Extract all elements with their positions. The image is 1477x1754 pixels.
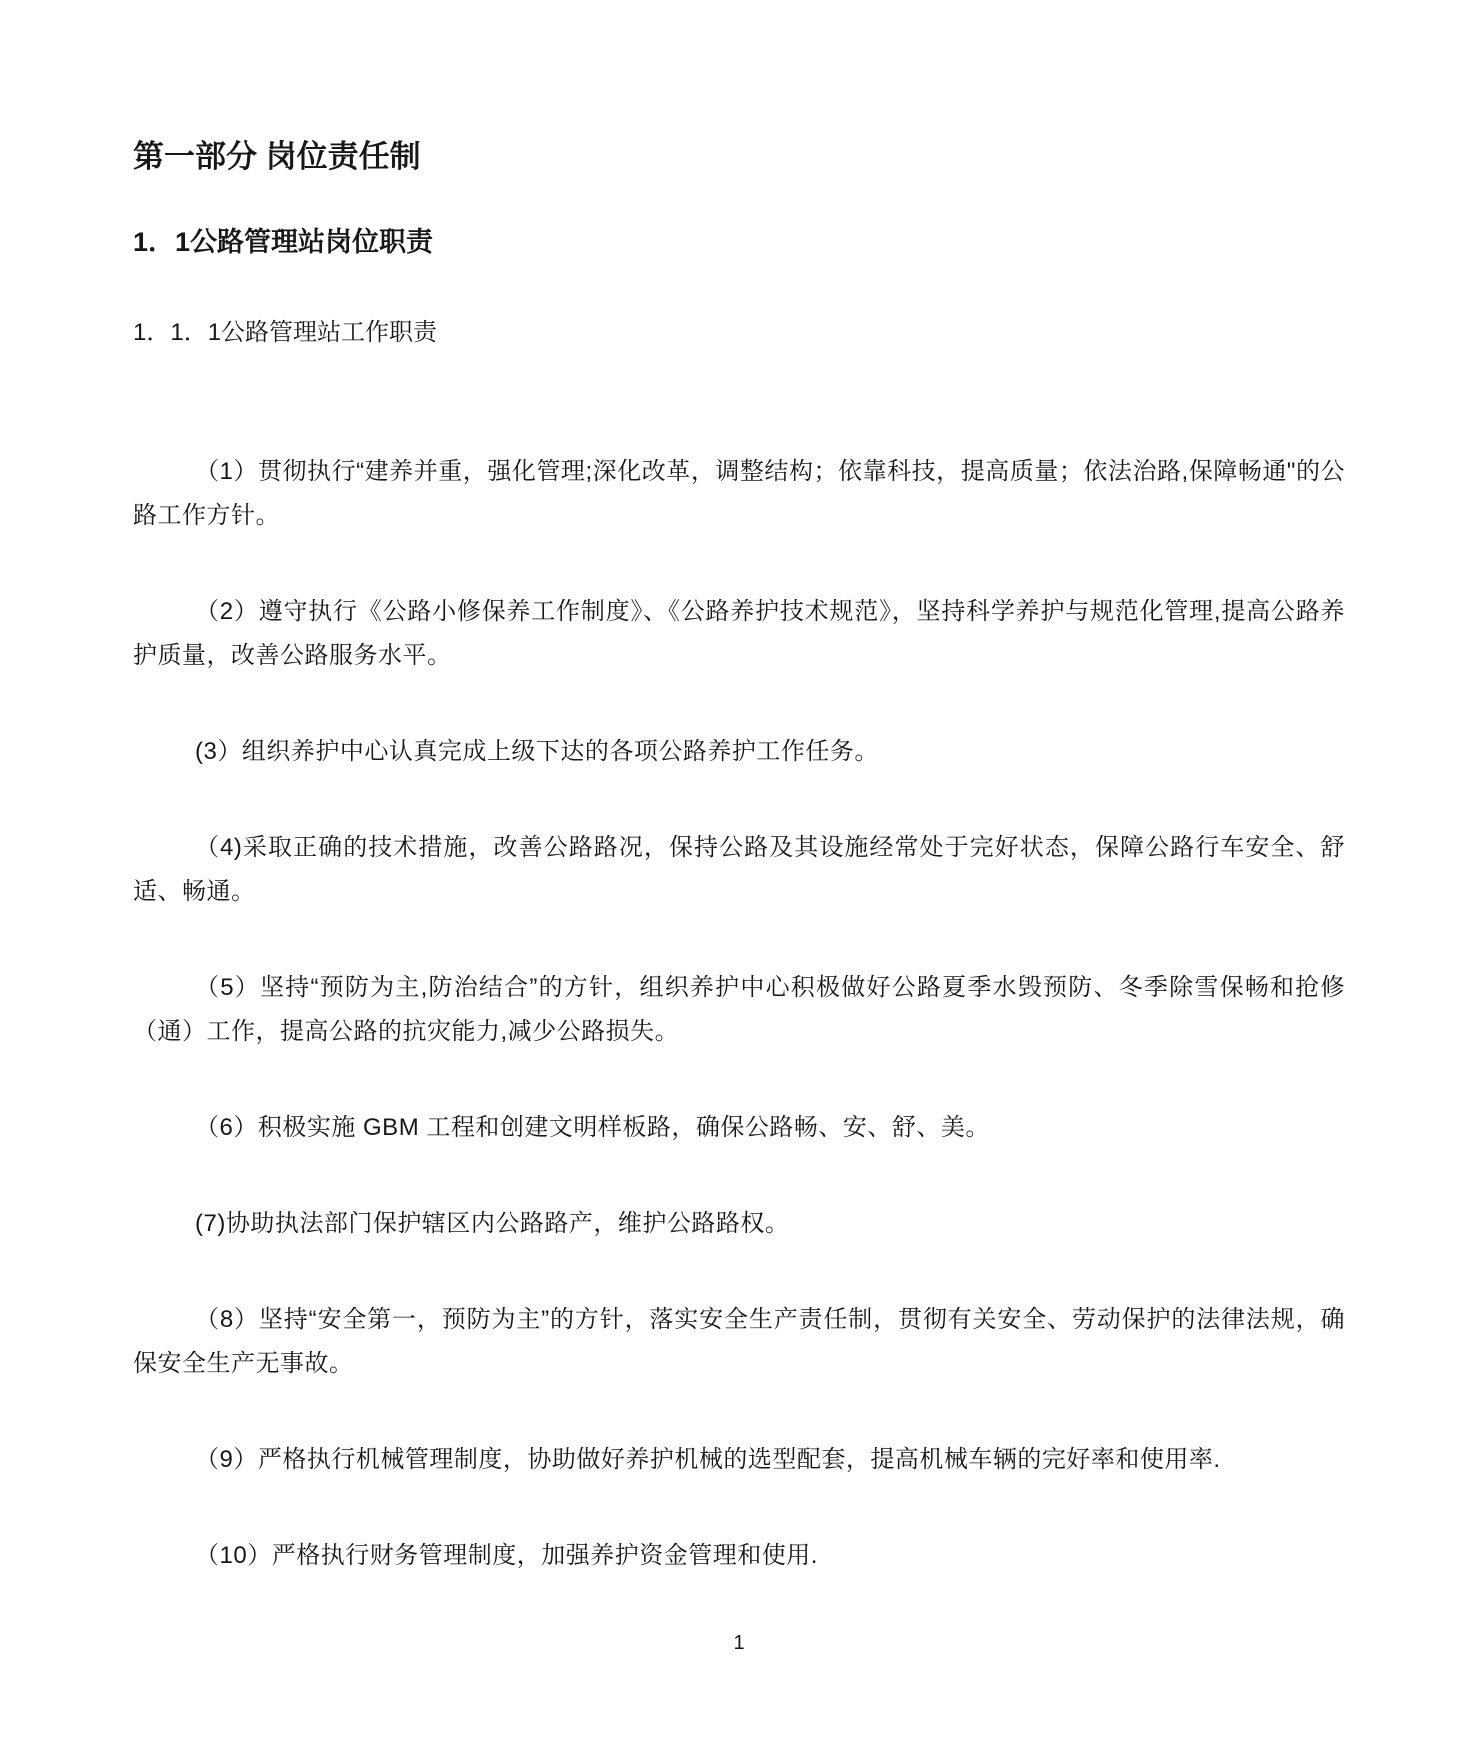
paragraph-8: （8）坚持“安全第一，预防为主”的方针，落实安全生产责任制，贯彻有关安全、劳动保… [133,1298,1345,1386]
heading-1-1: 1．1公路管理站岗位职责 [133,226,1345,258]
paragraph-2: （2）遵守执行《公路小修保养工作制度》、《公路养护技术规范》，坚持科学养护与规范… [133,590,1345,678]
paragraph-7: (7)协助执法部门保护辖区内公路路产，维护公路路权。 [133,1202,1345,1246]
heading-1-1-1: 1．1．1公路管理站工作职责 [133,318,1345,348]
paragraph-10: （10）严格执行财务管理制度，加强养护资金管理和使用. [133,1534,1345,1578]
page-number: 1 [133,1630,1345,1656]
paragraph-5: （5）坚持“预防为主,防治结合”的方针，组织养护中心积极做好公路夏季水毁预防、冬… [133,966,1345,1054]
paragraph-1: （1）贯彻执行“建养并重，强化管理;深化改革，调整结构；依靠科技，提高质量；依法… [133,450,1345,538]
paragraph-6: （6）积极实施 GBM 工程和创建文明样板路，确保公路畅、安、舒、美。 [133,1106,1345,1150]
paragraph-4: （4)采取正确的技术措施，改善公路路况，保持公路及其设施经常处于完好状态，保障公… [133,826,1345,914]
document-page: 第一部分 岗位责任制 1．1公路管理站岗位职责 1．1．1公路管理站工作职责 （… [0,0,1477,1754]
paragraph-9: （9）严格执行机械管理制度，协助做好养护机械的选型配套，提高机械车辆的完好率和使… [133,1438,1345,1482]
paragraph-3: (3）组织养护中心认真完成上级下达的各项公路养护工作任务。 [133,730,1345,774]
section-title: 第一部分 岗位责任制 [133,138,1345,176]
